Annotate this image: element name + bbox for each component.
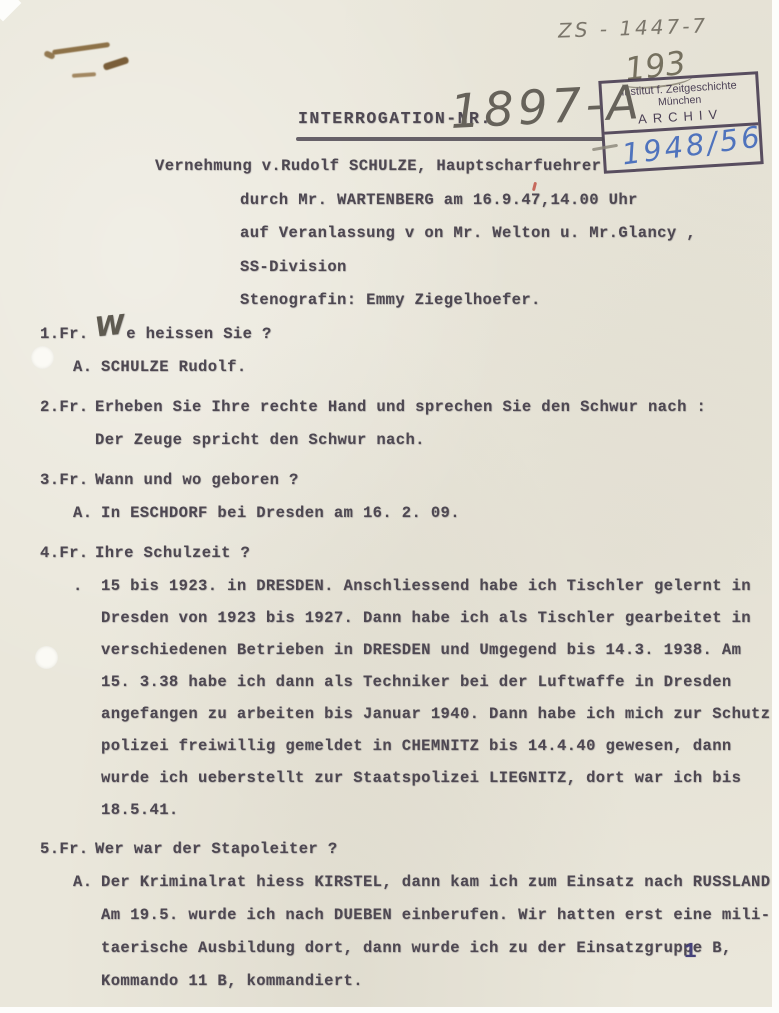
header-line: SS-Division xyxy=(240,251,696,285)
question-number: 1.Fr. xyxy=(40,318,95,351)
qa-transcript: 1.Fr. We heissen Sie ? A. SCHULZE Rudolf… xyxy=(40,318,759,1005)
question-row: 1.Fr. We heissen Sie ? xyxy=(40,318,759,351)
answer-marker: A. xyxy=(73,351,101,384)
answer-line: taerische Ausbildung dort, dann wurde ic… xyxy=(101,932,779,965)
header-line: auf Veranlassung v on Mr. Welton u. Mr.G… xyxy=(240,217,696,251)
question-row: 4.Fr. Ihre Schulzeit ? xyxy=(40,537,759,570)
question-number: 2.Fr. xyxy=(40,391,95,457)
question-row: 3.Fr. Wann und wo geboren ? xyxy=(40,464,759,497)
interrogation-number-handwritten: 1897-A xyxy=(449,75,644,140)
answer-line: 18.5.41. xyxy=(101,794,779,826)
answer-line: polizei freiwillig gemeldet in CHEMNITZ … xyxy=(101,730,779,762)
question-number: 3.Fr. xyxy=(40,464,95,497)
header-line: Stenografin: Emmy Ziegelhoefer. xyxy=(240,284,696,318)
question-text: Wer war der Stapoleiter ? xyxy=(95,833,338,866)
header-line: Vernehmung v.Rudolf SCHULZE, Hauptscharf… xyxy=(155,150,696,184)
question-line: Erheben Sie Ihre rechte Hand und spreche… xyxy=(95,391,706,424)
qa-item-1: 1.Fr. We heissen Sie ? A. SCHULZE Rudolf… xyxy=(40,318,759,384)
answer-row: A. In ESCHDORF bei Dresden am 16. 2. 09. xyxy=(40,497,759,530)
question-row: 5.Fr. Wer war der Stapoleiter ? xyxy=(40,833,759,866)
question-text: Ihre Schulzeit ? xyxy=(95,537,250,570)
answer-text: 15 bis 1923. in DRESDEN. Anschliessend h… xyxy=(101,570,779,826)
pencil-reference-number: ZS - 1447-7 xyxy=(558,13,709,42)
answer-text: Der Kriminalrat hiess KIRSTEL, dann kam … xyxy=(101,866,779,998)
answer-line: Am 19.5. wurde ich nach DUEBEN einberufe… xyxy=(101,899,779,932)
answer-text: SCHULZE Rudolf. xyxy=(101,351,247,384)
qa-item-5: 5.Fr. Wer war der Stapoleiter ? A. Der K… xyxy=(40,833,759,998)
answer-line: angefangen zu arbeiten bis Januar 1940. … xyxy=(101,698,779,730)
answer-row: A. SCHULZE Rudolf. xyxy=(40,351,759,384)
answer-line: Dresden von 1923 bis 1927. Dann habe ich… xyxy=(101,602,779,634)
question-text: Erheben Sie Ihre rechte Hand und spreche… xyxy=(95,391,706,457)
scanned-document-page: ZS - 1447-7 193 Institut f. Zeitgeschich… xyxy=(0,0,779,1013)
answer-line: Kommando 11 B, kommandiert. xyxy=(101,965,779,998)
answer-row: . 15 bis 1923. in DRESDEN. Anschliessend… xyxy=(40,570,759,826)
question-text: Wann und wo geboren ? xyxy=(95,464,299,497)
question-number: 5.Fr. xyxy=(40,833,95,866)
answer-row: A. Der Kriminalrat hiess KIRSTEL, dann k… xyxy=(40,866,759,998)
answer-line: 15 bis 1923. in DRESDEN. Anschliessend h… xyxy=(101,570,779,602)
scan-edge xyxy=(0,1007,779,1013)
rust-smudge xyxy=(52,42,110,55)
handwritten-w-correction: W xyxy=(95,325,125,328)
qa-item-4: 4.Fr. Ihre Schulzeit ? . 15 bis 1923. in… xyxy=(40,537,759,826)
question-line: Der Zeuge spricht den Schwur nach. xyxy=(95,424,706,457)
qa-item-3: 3.Fr. Wann und wo geboren ? A. In ESCHDO… xyxy=(40,464,759,530)
answer-marker: . xyxy=(73,570,101,826)
qa-item-2: 2.Fr. Erheben Sie Ihre rechte Hand und s… xyxy=(40,391,759,457)
question-number: 4.Fr. xyxy=(40,537,95,570)
title-underline xyxy=(296,137,604,141)
rust-smudge xyxy=(72,72,96,78)
header-block: Vernehmung v.Rudolf SCHULZE, Hauptscharf… xyxy=(155,150,696,318)
answer-marker: A. xyxy=(73,497,101,530)
header-line: durch Mr. WARTENBERG am 16.9.47,14.00 Uh… xyxy=(240,184,696,218)
answer-line: Der Kriminalrat hiess KIRSTEL, dann kam … xyxy=(101,866,779,899)
corner-fold xyxy=(0,0,21,21)
page-number: 1 xyxy=(684,941,697,964)
question-text-typed: e heissen Sie ? xyxy=(126,325,272,343)
question-row: 2.Fr. Erheben Sie Ihre rechte Hand und s… xyxy=(40,391,759,457)
answer-marker: A. xyxy=(73,866,101,998)
scan-edge xyxy=(772,0,779,1013)
rust-smudge xyxy=(103,56,130,71)
answer-text: In ESCHDORF bei Dresden am 16. 2. 09. xyxy=(101,497,460,530)
answer-line: verschiedenen Betrieben in DRESDEN und U… xyxy=(101,634,779,666)
answer-line: 15. 3.38 habe ich dann als Techniker bei… xyxy=(101,666,779,698)
answer-line: wurde ich ueberstellt zur Staatspolizei … xyxy=(101,762,779,794)
question-text: We heissen Sie ? xyxy=(95,318,272,351)
